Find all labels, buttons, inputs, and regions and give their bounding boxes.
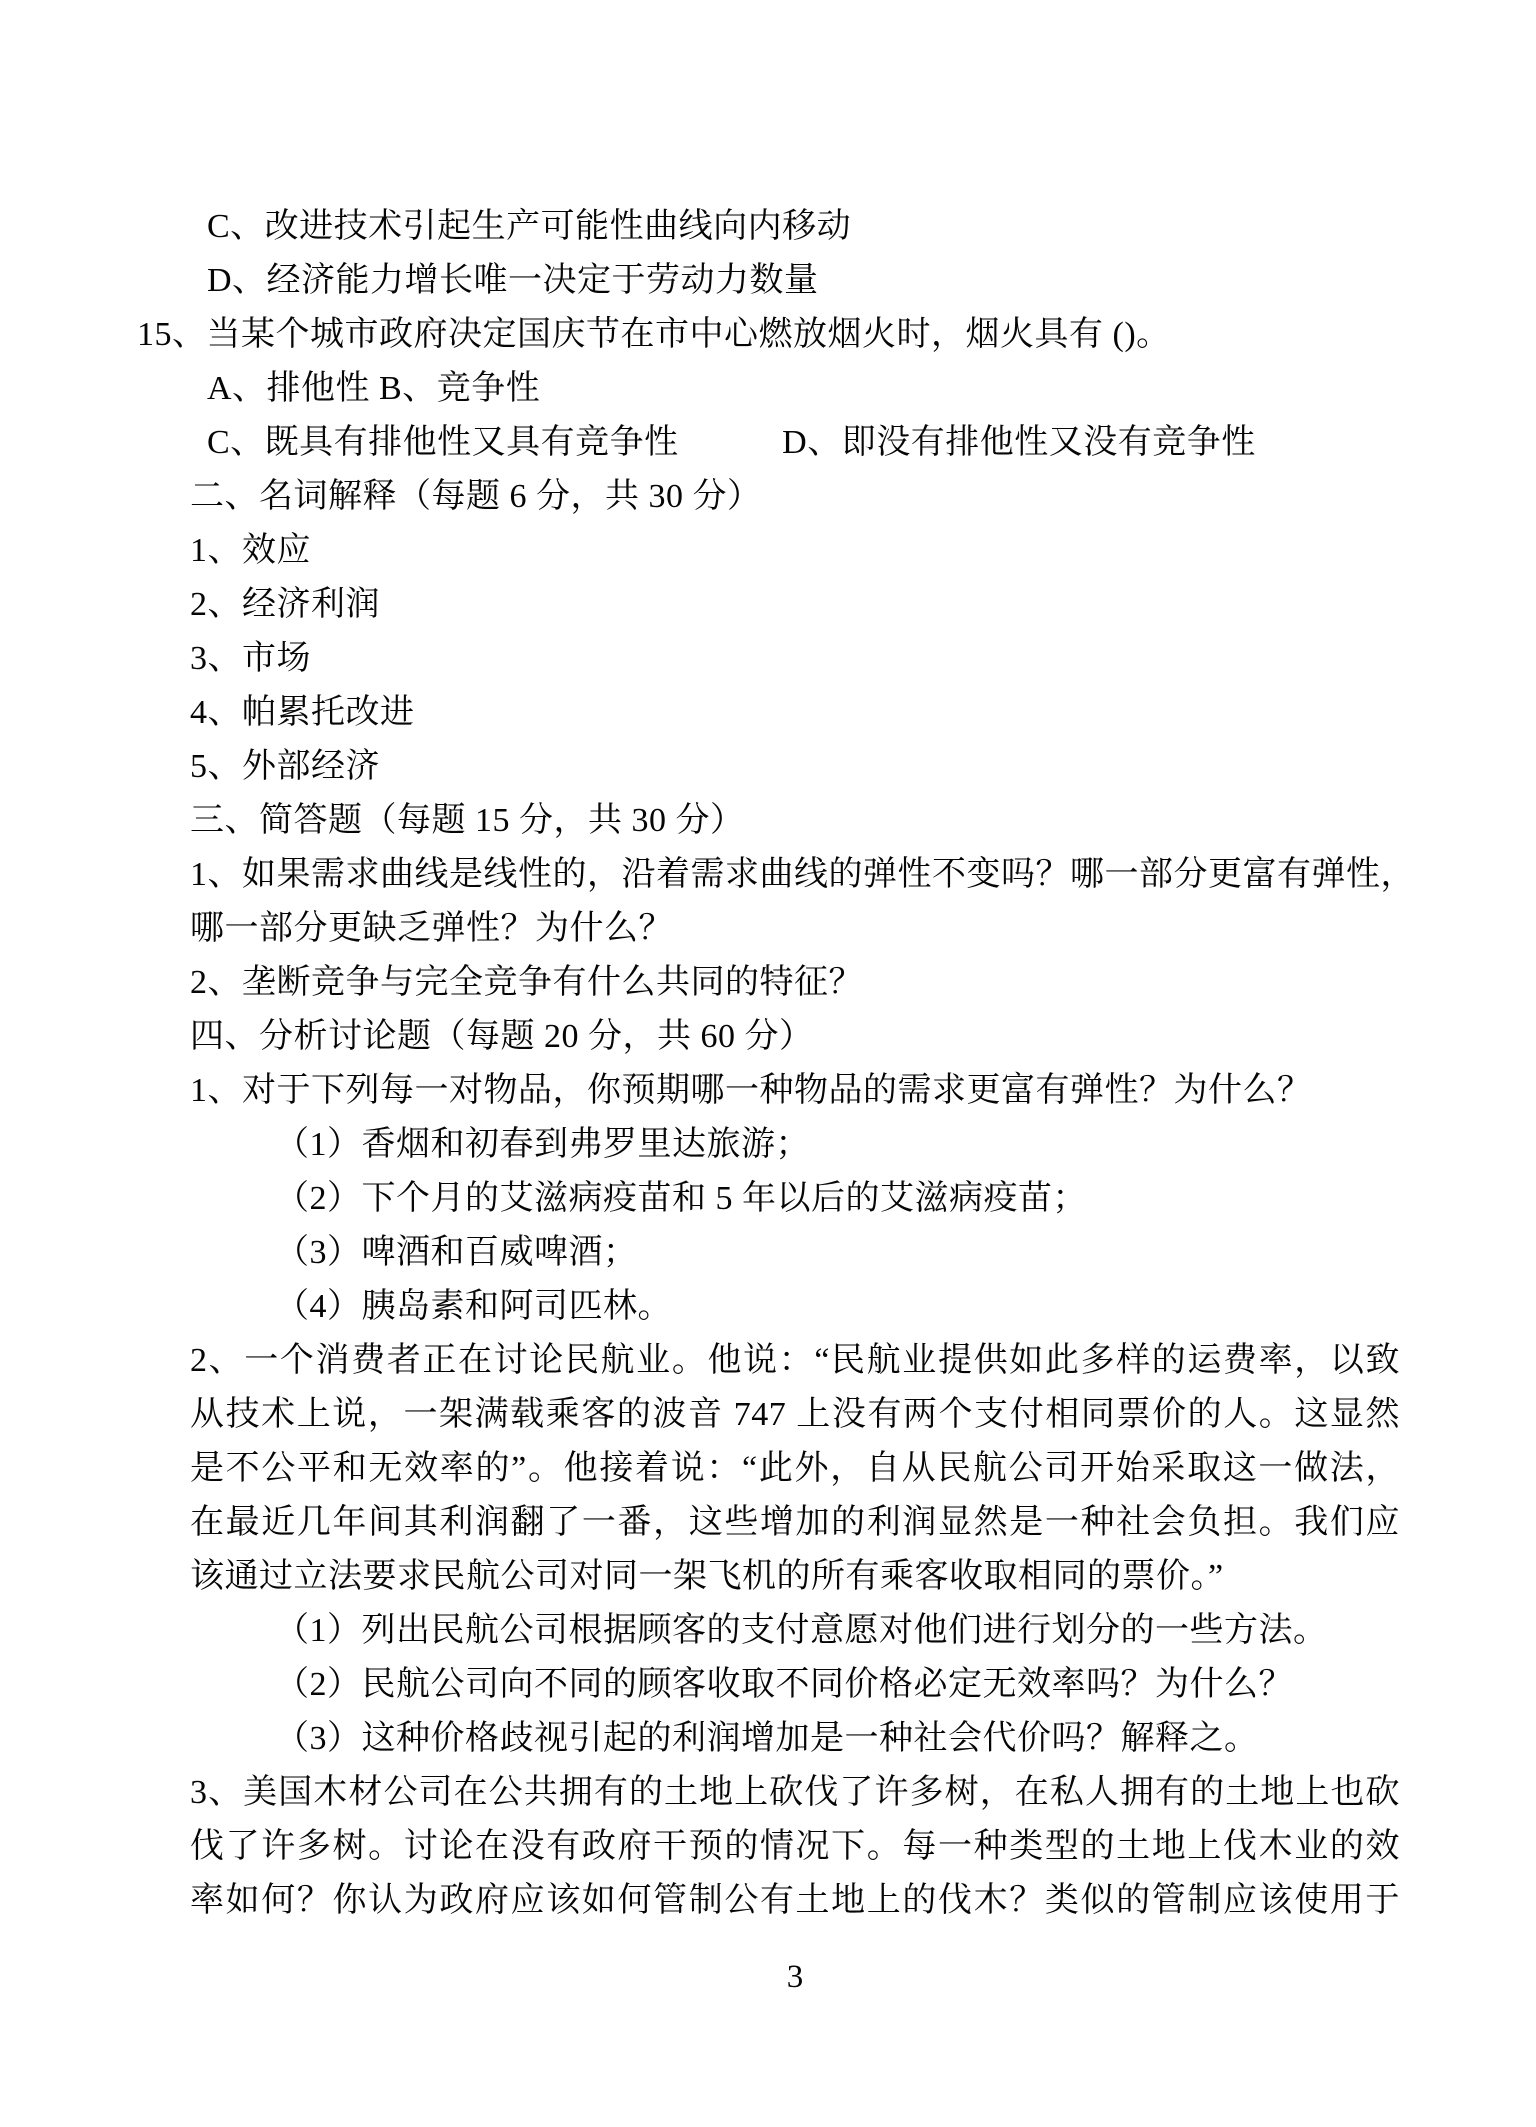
- text-line: 4、帕累托改进: [190, 686, 1536, 740]
- text-line: 2、一个消费者正在讨论民航业。他说：“民航业提供如此多样的运费率，以致: [190, 1334, 1400, 1388]
- page-number: 3: [190, 1950, 1400, 2004]
- text-line: （4）胰岛素和阿司匹林。: [275, 1280, 1536, 1334]
- text-line: 1、对于下列每一对物品，你预期哪一种物品的需求更富有弹性？为什么？: [190, 1064, 1536, 1118]
- text-line: （1）列出民航公司根据顾客的支付意愿对他们进行划分的一些方法。: [275, 1604, 1536, 1658]
- text-line: C、既具有排他性又具有竞争性 D、即没有排他性又没有竞争性: [207, 416, 1536, 470]
- text-line: 伐了许多树。讨论在没有政府干预的情况下。每一种类型的土地上伐木业的效: [190, 1820, 1400, 1874]
- text-line: 3、市场: [190, 632, 1536, 686]
- text-line: 15、当某个城市政府决定国庆节在市中心燃放烟火时，烟火具有 ()。: [137, 308, 1536, 362]
- text-line: 从技术上说，一架满载乘客的波音 747 上没有两个支付相同票价的人。这显然: [190, 1388, 1400, 1442]
- text-line: 5、外部经济: [190, 740, 1536, 794]
- text-line: 二、名词解释（每题 6 分，共 30 分）: [190, 470, 1536, 524]
- text-line: 该通过立法要求民航公司对同一架飞机的所有乘客收取相同的票价。”: [190, 1550, 1536, 1604]
- text-line: 1、效应: [190, 524, 1536, 578]
- text-line: 是不公平和无效率的”。他接着说：“此外，自从民航公司开始采取这一做法，: [190, 1442, 1400, 1496]
- text-line: 四、分析讨论题（每题 20 分，共 60 分）: [190, 1010, 1536, 1064]
- text-line: 3、美国木材公司在公共拥有的土地上砍伐了许多树，在私人拥有的土地上也砍: [190, 1766, 1400, 1820]
- text-line: 哪一部分更缺乏弹性？为什么？: [190, 902, 1536, 956]
- text-line: （2）下个月的艾滋病疫苗和 5 年以后的艾滋病疫苗；: [275, 1172, 1536, 1226]
- text-line: 1、如果需求曲线是线性的，沿着需求曲线的弹性不变吗？哪一部分更富有弹性，: [190, 848, 1400, 902]
- text-line: 在最近几年间其利润翻了一番，这些增加的利润显然是一种社会负担。我们应: [190, 1496, 1400, 1550]
- text-line: C、改进技术引起生产可能性曲线向内移动: [207, 200, 1536, 254]
- exam-page: C、改进技术引起生产可能性曲线向内移动D、经济能力增长唯一决定于劳动力数量15、…: [0, 0, 1536, 2127]
- text-line: 三、简答题（每题 15 分，共 30 分）: [190, 794, 1536, 848]
- text-line: D、经济能力增长唯一决定于劳动力数量: [207, 254, 1536, 308]
- text-line: A、排他性 B、竞争性: [207, 362, 1536, 416]
- document-body: C、改进技术引起生产可能性曲线向内移动D、经济能力增长唯一决定于劳动力数量15、…: [0, 200, 1536, 1928]
- text-line: 2、经济利润: [190, 578, 1536, 632]
- text-line: 率如何？你认为政府应该如何管制公有土地上的伐木？类似的管制应该使用于: [190, 1874, 1400, 1928]
- text-line: （1）香烟和初春到弗罗里达旅游；: [275, 1118, 1536, 1172]
- text-line: （2）民航公司向不同的顾客收取不同价格必定无效率吗？为什么？: [275, 1658, 1536, 1712]
- text-line: （3）这种价格歧视引起的利润增加是一种社会代价吗？解释之。: [275, 1712, 1536, 1766]
- text-line: （3）啤酒和百威啤酒；: [275, 1226, 1536, 1280]
- text-line: 2、垄断竞争与完全竞争有什么共同的特征？: [190, 956, 1536, 1010]
